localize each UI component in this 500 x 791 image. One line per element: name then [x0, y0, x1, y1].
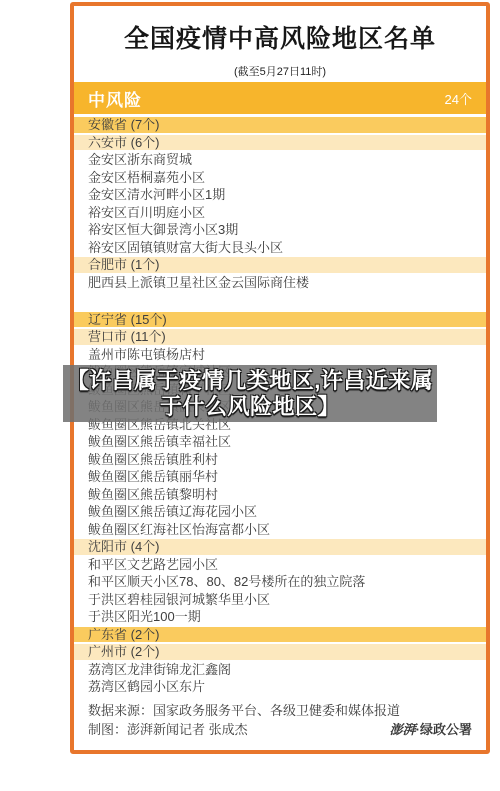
row-item: 鲅鱼圈区熊岳镇胜利村 [74, 452, 486, 468]
row-city: 沈阳市 (4个) [74, 539, 486, 555]
credit-text: 制图：澎湃新闻记者 张成杰 [88, 722, 248, 738]
page-title: 全国疫情中高风险地区名单 [74, 19, 486, 55]
row-item: 和平区文艺路艺园小区 [74, 557, 486, 573]
credit-line: 制图：澎湃新闻记者 张成杰 澎湃·绿政公署 [88, 722, 472, 739]
pengpai-logo-suffix: ·绿政公署 [416, 722, 472, 737]
row-city: 广州市 (2个) [74, 644, 486, 660]
row-item: 肥西县上派镇卫星社区金云国际商住楼 [74, 275, 486, 291]
card-footer: 数据来源：国家政务服务平台、各级卫健委和媒体报道 制图：澎湃新闻记者 张成杰 澎… [74, 697, 486, 739]
medium-risk-label: 中风险 [88, 86, 142, 111]
pengpai-logo-brand: 澎湃 [390, 723, 416, 738]
row-item: 于洪区碧桂园银河城繁华里小区 [74, 592, 486, 608]
row-province: 广东省 (2个) [74, 627, 486, 643]
row-item: 盖州市陈屯镇杨店村 [74, 347, 486, 363]
row-city: 合肥市 (1个) [74, 257, 486, 273]
medium-risk-count: 24个 [445, 89, 472, 108]
row-item: 裕安区固镇镇财富大街大艮头小区 [74, 240, 486, 256]
row-province: 辽宁省 (15个) [74, 312, 486, 328]
row-item: 金安区浙东商贸城 [74, 152, 486, 168]
row-city: 六安市 (6个) [74, 135, 486, 151]
row-item: 鲅鱼圈区红海社区怡海富都小区 [74, 522, 486, 538]
page-subtitle: (截至5月27日11时) [74, 63, 486, 79]
row-item: 于洪区阳光100一期 [74, 609, 486, 625]
pengpai-logo: 澎湃·绿政公署 [390, 722, 472, 739]
row-item: 荔湾区鹤园小区东片 [74, 679, 486, 695]
row-province: 安徽省 (7个) [74, 117, 486, 133]
row-item: 金安区梧桐嘉苑小区 [74, 170, 486, 186]
row-item: 和平区顺天小区78、80、82号楼所在的独立院落 [74, 574, 486, 590]
row-item: 荔湾区龙津街锦龙汇鑫阁 [74, 662, 486, 678]
data-source-line: 数据来源：国家政务服务平台、各级卫健委和媒体报道 [88, 703, 472, 719]
block-gap [74, 292, 486, 310]
watermark-text-line1: 【许昌属于疫情几类地区,许昌近来属 [67, 368, 434, 394]
watermark-text-line2: 于什么风险地区】 [160, 394, 340, 420]
row-item: 金安区清水河畔小区1期 [74, 187, 486, 203]
medium-risk-band: 中风险 24个 [74, 82, 486, 114]
data-source-text: 数据来源：国家政务服务平台、各级卫健委和媒体报道 [88, 703, 400, 719]
row-item: 鲅鱼圈区熊岳镇辽海花园小区 [74, 504, 486, 520]
row-item: 裕安区恒大御景湾小区3期 [74, 222, 486, 238]
watermark-overlay: 【许昌属于疫情几类地区,许昌近来属 于什么风险地区】 [63, 365, 437, 422]
row-city: 营口市 (11个) [74, 329, 486, 345]
row-item: 鲅鱼圈区熊岳镇黎明村 [74, 487, 486, 503]
infographic-page: 全国疫情中高风险地区名单 (截至5月27日11时) 中风险 24个 安徽省 (7… [0, 0, 500, 791]
row-item: 鲅鱼圈区熊岳镇丽华村 [74, 469, 486, 485]
row-item: 裕安区百川明庭小区 [74, 205, 486, 221]
row-item: 鲅鱼圈区熊岳镇幸福社区 [74, 434, 486, 450]
card-header: 全国疫情中高风险地区名单 (截至5月27日11时) [74, 6, 486, 82]
